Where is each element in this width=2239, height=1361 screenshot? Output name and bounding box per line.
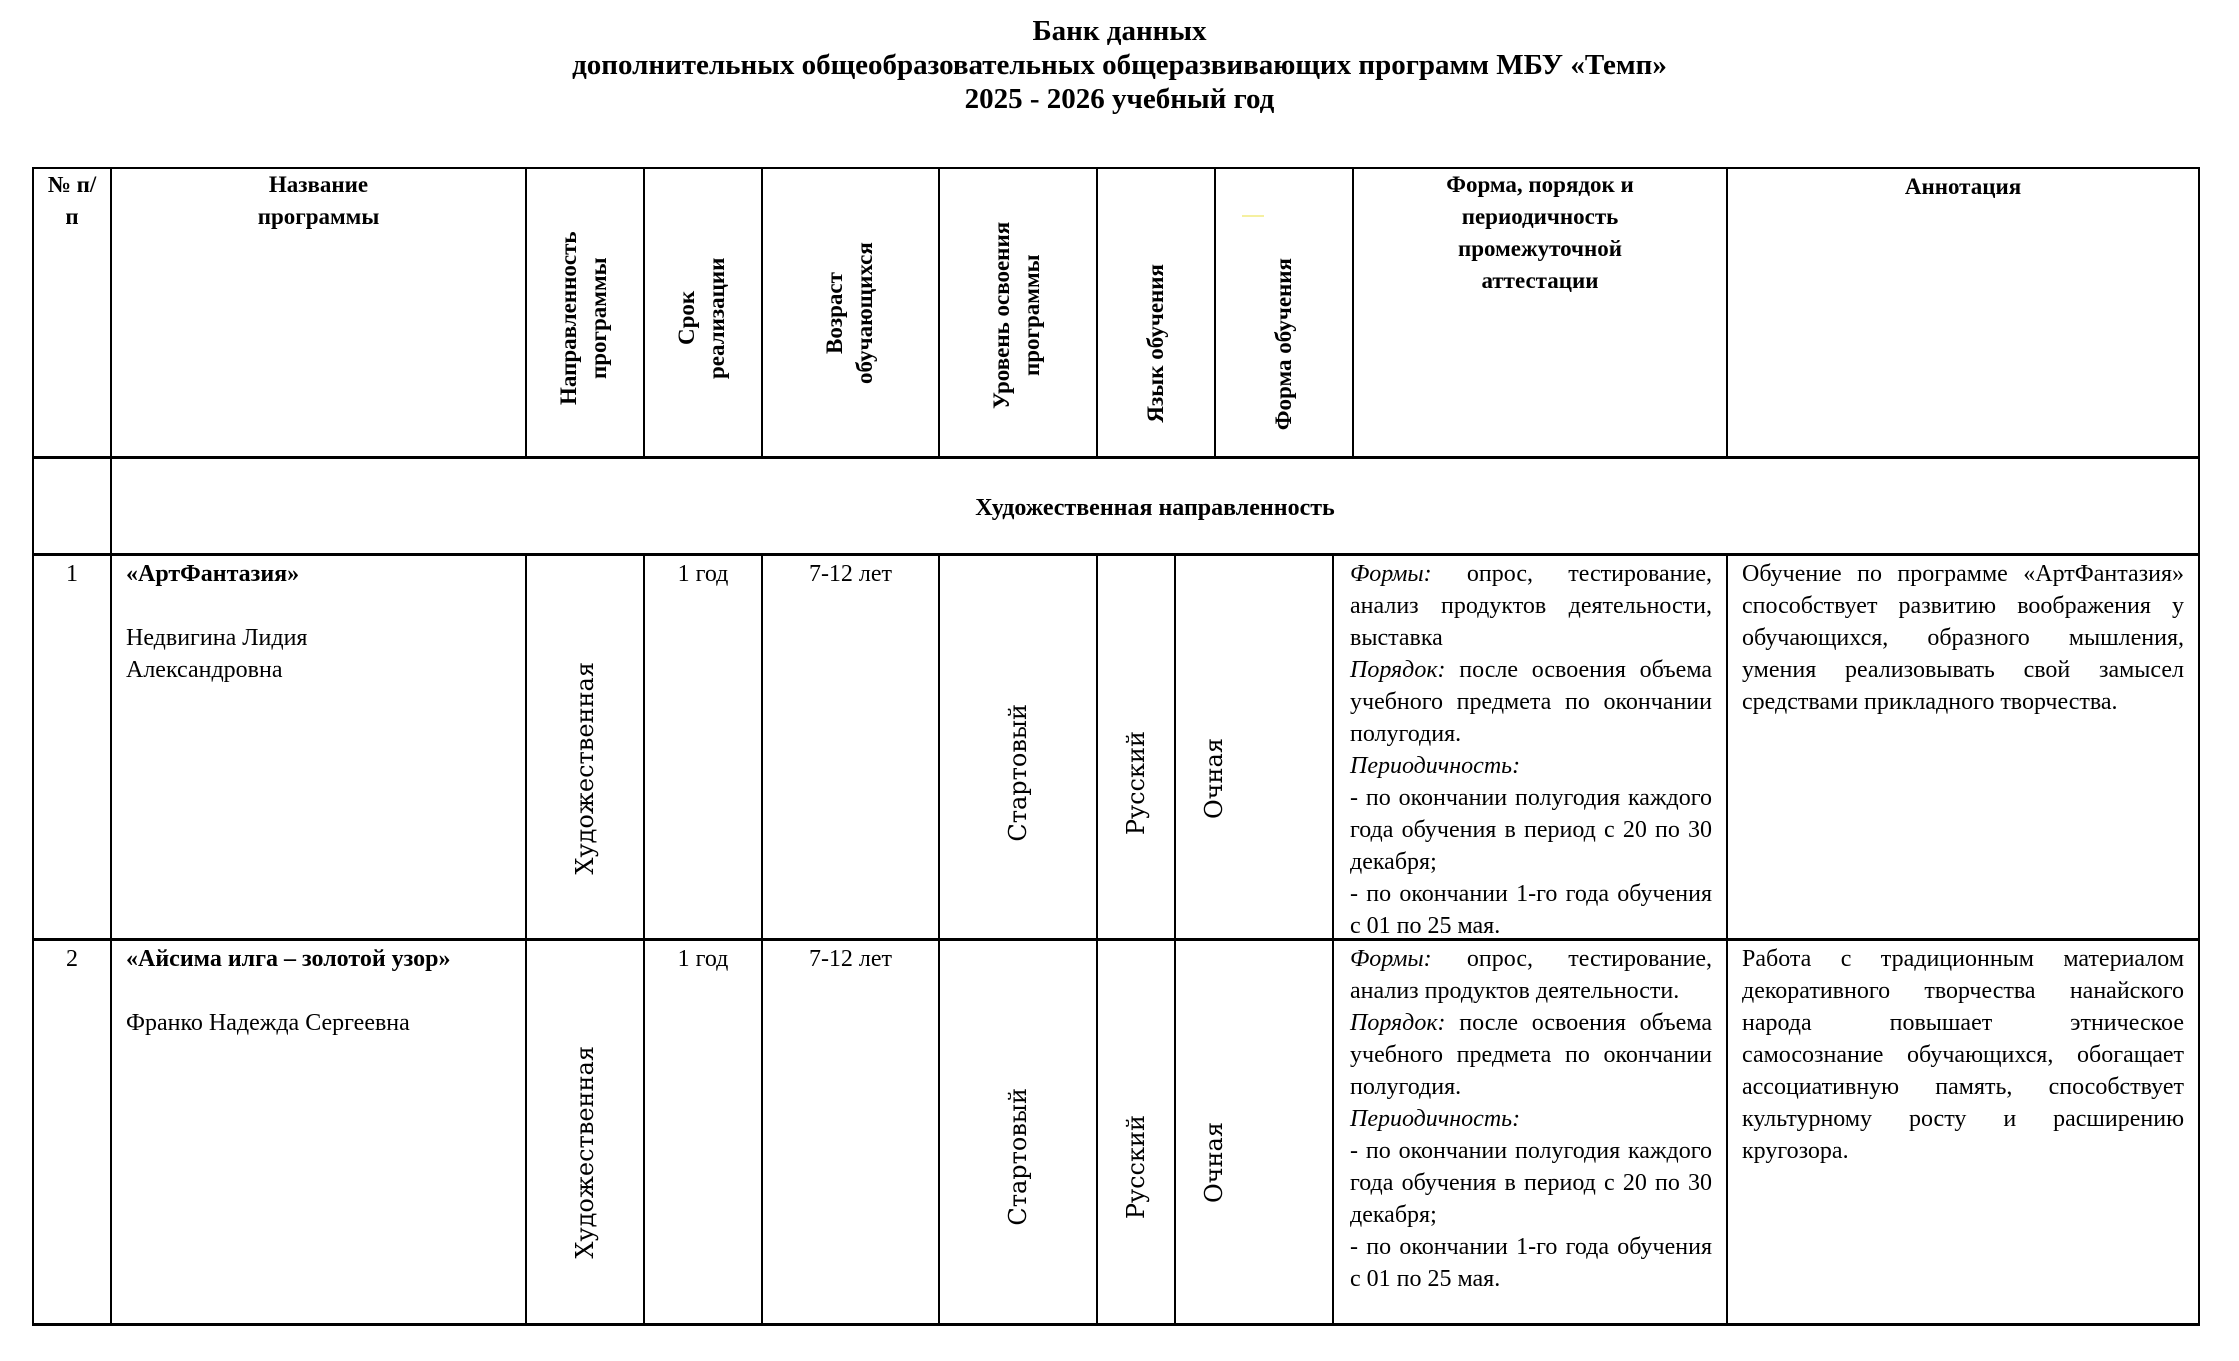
order-label: Порядок:	[1350, 1010, 1446, 1036]
form-value: Очная	[1199, 1122, 1229, 1203]
title-line-1: Банк данных	[0, 14, 2239, 48]
row-1-age: 7-12 лет	[761, 553, 938, 940]
header-form: Форма обучения	[1214, 167, 1352, 458]
header-form-label: Форма обучения	[1269, 258, 1299, 430]
language-value: Русский	[1121, 731, 1151, 835]
level-value: Стартовый	[1003, 1088, 1033, 1226]
form-value: Очная	[1199, 738, 1229, 819]
row-2-name: «Айсима илга – золотой узор» Франко Наде…	[110, 938, 525, 1326]
title-line-2: дополнительных общеобразовательных общер…	[0, 48, 2239, 82]
row-1-attestation: Формы: опрос, тестирование, анализ проду…	[1332, 553, 1726, 940]
program-name: «Айсима илга – золотой узор»	[126, 943, 511, 975]
duration-value: 1 год	[645, 941, 761, 975]
row-1-annotation: Обучение по программе «АртФантазия» спос…	[1726, 553, 2200, 940]
row-2-age: 7-12 лет	[761, 938, 938, 1326]
row-2-attestation: Формы: опрос, тестирование, анализ проду…	[1332, 938, 1726, 1326]
row-1-num: 1	[32, 553, 110, 940]
level-value: Стартовый	[1003, 704, 1033, 842]
section-header: Художественная направленность	[110, 456, 2200, 555]
annotation-text: Обучение по программе «АртФантазия» спос…	[1728, 556, 2198, 718]
row-1-name: «АртФантазия» Недвигина Лидия Александро…	[110, 553, 525, 940]
teacher-name: Недвигина Лидия Александровна	[126, 622, 366, 686]
section-title: Художественная направленность	[112, 495, 2198, 522]
period-label: Периодичность:	[1350, 750, 1712, 782]
row-1-level: Стартовый	[938, 553, 1096, 940]
title-line-3: 2025 - 2026 учебный год	[0, 82, 2239, 116]
row-2-form: Очная	[1174, 938, 1332, 1326]
age-value: 7-12 лет	[763, 556, 938, 590]
header-direction-label: Направленность программы	[554, 208, 616, 428]
period-item: - по окончании 1-го года обучения с 01 п…	[1350, 1231, 1712, 1295]
age-value: 7-12 лет	[763, 941, 938, 975]
row-2-annotation: Работа с традиционным материалом декорат…	[1726, 938, 2200, 1326]
row-2-language: Русский	[1096, 938, 1174, 1326]
direction-value: Художественная	[570, 662, 600, 875]
header-num: № п/п	[32, 167, 110, 458]
row-1-duration: 1 год	[643, 553, 761, 940]
header-language-label: Язык обучения	[1141, 264, 1171, 423]
header-level-label: Уровень освоения программы	[987, 193, 1049, 438]
section-num-cell	[32, 456, 110, 555]
header-attestation-label: Форма, порядок и периодичность промежуто…	[1354, 169, 1726, 297]
header-duration: Срок реализации	[643, 167, 761, 458]
row-2-num: 2	[32, 938, 110, 1326]
direction-value: Художественная	[570, 1046, 600, 1259]
language-value: Русский	[1121, 1115, 1151, 1219]
program-name: «АртФантазия»	[126, 558, 511, 590]
period-item: - по окончании полугодия каждого года об…	[1350, 1135, 1712, 1231]
header-attestation: Форма, порядок и периодичность промежуто…	[1352, 167, 1726, 458]
row-2-duration: 1 год	[643, 938, 761, 1326]
header-duration-label: Срок реализации	[672, 248, 734, 388]
document-title: Банк данных дополнительных общеобразоват…	[0, 14, 2239, 116]
period-label: Периодичность:	[1350, 1103, 1712, 1135]
header-annotation: Аннотация	[1726, 167, 2200, 458]
header-language: Язык обучения	[1096, 167, 1214, 458]
row-1-language: Русский	[1096, 553, 1174, 940]
row-2-level: Стартовый	[938, 938, 1096, 1326]
row-1-form: Очная	[1174, 553, 1332, 940]
period-item: - по окончании 1-го года обучения с 01 п…	[1350, 878, 1712, 942]
duration-value: 1 год	[645, 556, 761, 590]
annotation-text: Работа с традиционным материалом декорат…	[1728, 941, 2198, 1167]
row-2-direction: Художественная	[525, 938, 643, 1326]
header-age-label: Возраст обучающихся	[820, 223, 882, 403]
row-num: 2	[34, 941, 110, 975]
period-item: - по окончании полугодия каждого года об…	[1350, 782, 1712, 878]
header-name-label: Название программы	[112, 169, 525, 233]
header-direction: Направленность программы	[525, 167, 643, 458]
row-1-direction: Художественная	[525, 553, 643, 940]
header-age: Возраст обучающихся	[761, 167, 938, 458]
header-num-label: № п/п	[34, 169, 110, 233]
row-num: 1	[34, 556, 110, 590]
forms-label: Формы:	[1350, 946, 1432, 972]
header-annotation-label: Аннотация	[1728, 169, 2198, 203]
header-level: Уровень освоения программы	[938, 167, 1096, 458]
order-label: Порядок:	[1350, 657, 1446, 683]
teacher-name: Франко Надежда Сергеевна	[126, 1007, 511, 1039]
forms-label: Формы:	[1350, 561, 1432, 587]
header-name: Название программы	[110, 167, 525, 458]
